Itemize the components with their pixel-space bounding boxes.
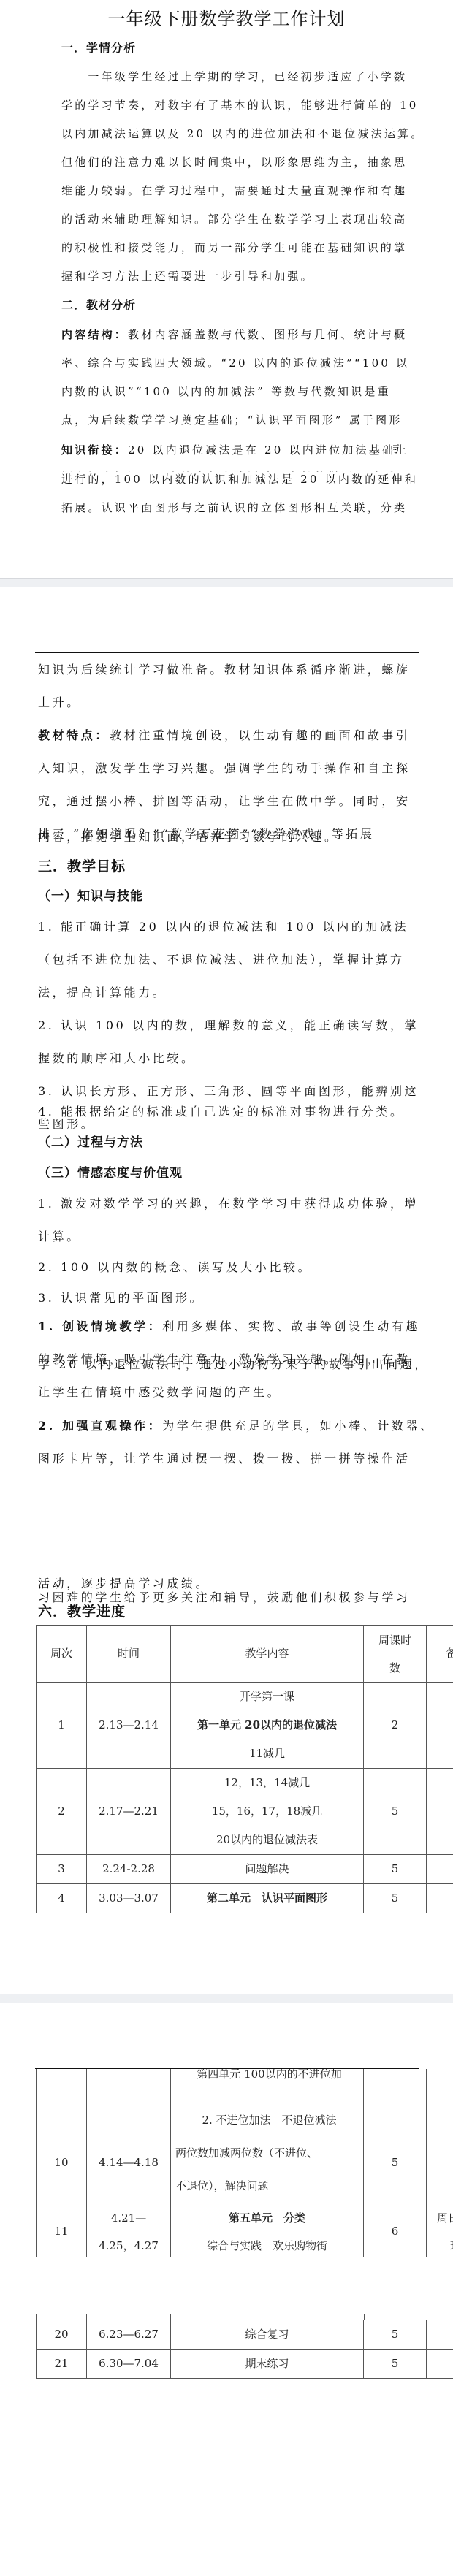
- content-line-unit: 第一单元 20以内的退位减法: [171, 1711, 363, 1739]
- table-continuation-clip: 10 4.14—4.18 第四单元 100以内的不进位加 2. 不进位加法 不退…: [36, 2069, 453, 2257]
- content-line: 两位数加减两位数（不进位、: [175, 2137, 363, 2170]
- label-scenario-teaching: 1. 创设情境教学：: [38, 1319, 162, 1333]
- cell-hours: 5: [364, 2350, 427, 2379]
- cell-week: 10: [37, 2069, 87, 2203]
- header-hours: 周课时 数: [364, 1626, 427, 1683]
- table-row: 10 4.14—4.18 第四单元 100以内的不进位加 2. 不进位加法 不退…: [37, 2069, 453, 2203]
- method-line: 图形卡片等，让学生通过摆一摆、拨一拨、拼一拼等操作活: [38, 1452, 418, 1466]
- content-line: 20以内的退位减法表: [171, 1826, 363, 1854]
- section-heading-teaching-goals: 三．教学目标: [38, 859, 418, 874]
- remark-line2: 班: [437, 2232, 453, 2258]
- goal-line: 3. 认识常见的平面图形。: [38, 1291, 418, 1306]
- section-heading-learning-analysis: 一．学情分析: [61, 41, 393, 56]
- goal-line: 1. 能正确计算 20 以内的退位减法和 100 以内的加减法: [38, 920, 418, 934]
- cell-time: 4.14—4.18: [87, 2069, 171, 2203]
- goal-line: 些图形。: [38, 1117, 418, 1132]
- label-content-structure: 内容结构：: [61, 328, 128, 341]
- method-line: 2. 加强直观操作：为学生提供充足的学具，如小棒、计数器、: [38, 1419, 418, 1433]
- goal-line: 法，提高计算能力。: [38, 986, 418, 1000]
- table-row: 11 4.21— 4.25，4.27 第五单元 分类 综合与实践 欢乐购物街 6…: [37, 2203, 453, 2258]
- cell-hours: 2: [364, 1683, 427, 1769]
- content-line: 综合与实践 欢乐购物街: [171, 2232, 363, 2258]
- table-row: 3 2.24-2.28 问题解决 5: [37, 1855, 453, 1884]
- page-separator: [0, 578, 453, 587]
- method-line: 让学生在情境中感受数学问题的产生。: [38, 1385, 418, 1400]
- paragraph-line: 维能力较弱。在学习过程中，需要通过大量直观操作和有趣: [61, 183, 393, 198]
- cell-remark: [427, 2069, 453, 2203]
- paragraph-line: 一年级学生经过上学期的学习，已经初步适应了小学数: [61, 69, 393, 84]
- cell-content: 第二单元 认识平面图形: [171, 1884, 364, 1913]
- label-hands-on: 2. 加强直观操作：: [38, 1419, 162, 1433]
- cell-remark: [427, 1855, 453, 1884]
- paragraph-line: 入知识，激发学生学习兴趣。强调学生的动手操作和自主探: [38, 761, 418, 776]
- cell-hours: 5: [364, 2069, 427, 2203]
- cell-content: 第五单元 分类 综合与实践 欢乐购物街: [171, 2203, 364, 2258]
- goal-line: 2. 100 以内数的概念、读写及大小比较。: [38, 1260, 418, 1275]
- subheading-process-methods: （二）过程与方法: [38, 1135, 418, 1150]
- goal-line: 1. 激发对数学学习的兴趣，在数学学习中获得成功体验，增: [38, 1197, 418, 1211]
- table-row: 1 2.13—2.14 开学第一课 第一单元 20以内的退位减法 11减几 2: [37, 1683, 453, 1769]
- content-line: 开学第一课: [171, 1683, 363, 1711]
- cell-week: 4: [37, 1884, 87, 1913]
- header-week: 周次: [37, 1626, 87, 1683]
- label-knowledge-link: 知识衔接：: [61, 443, 128, 457]
- method-line: 1. 创设情境教学：利用多媒体、实物、故事等创设生动有趣: [38, 1319, 418, 1334]
- text: 20 以内退位减法是在 20 以内进位加法基础上: [128, 443, 408, 457]
- schedule-table-continued: 10 4.14—4.18 第四单元 100以内的不进位加 2. 不进位加法 不退…: [36, 2069, 453, 2257]
- content-line: 15，16，17，18减几: [171, 1797, 363, 1826]
- remark-line1: 周日: [437, 2204, 453, 2232]
- goal-line: 2. 认识 100 以内的数，理解数的意义，能正确读写数，掌: [38, 1018, 418, 1033]
- content-line-unit: 第五单元 分类: [171, 2204, 363, 2232]
- goal-line: 握数的顺序和大小比较。: [38, 1051, 418, 1066]
- paragraph-line: 究，通过摆小棒、拼图等活动，让学生在做中学。同时，安: [38, 794, 418, 809]
- goal-line: 3. 认识长方形、正方形、三角形、圆等平面图形，能辨别这: [38, 1084, 418, 1099]
- paragraph-line: 进行的，100 以内数的认识和加减法是 20 以内数的延伸和: [61, 472, 393, 487]
- paragraph-line: 点，为后续数学学习奠定基础；“认识平面图形” 属于图形: [61, 413, 393, 427]
- cell-content: 开学第一课 第一单元 20以内的退位减法 11减几: [171, 1683, 364, 1769]
- cell-content: 综合复习: [171, 2320, 364, 2350]
- goal-line: 计算。: [38, 1230, 418, 1244]
- paragraph-line: 知识为后续统计学习做准备。教材知识体系循序渐进，螺旋: [38, 663, 418, 677]
- goal-line: （包括不进位加法、不退位减法、进位加法），掌握计算方: [38, 953, 418, 967]
- table-row: 2 2.17—2.21 12，13，14减几 15，16，17，18减几 20以…: [37, 1769, 453, 1855]
- header-time: 时间: [87, 1626, 171, 1683]
- header-remark-text: 备: [446, 1647, 453, 1660]
- cell-week: 1: [37, 1683, 87, 1769]
- paragraph-line: 内容结构：教材内容涵盖数与代数、图形与几何、统计与概: [61, 327, 393, 342]
- cell-week: 2: [37, 1769, 87, 1855]
- time-line1: 4.21—: [87, 2204, 170, 2232]
- paragraph-line: 学的学习节奏，对数字有了基本的认识，能够进行简单的 10: [61, 98, 393, 113]
- cell-remark: 周日 班: [427, 2203, 453, 2258]
- cell-time: 2.24-2.28: [87, 1855, 171, 1884]
- paragraph-line: 但他们的注意力难以长时间集中，以形象思维为主，抽象思: [61, 155, 393, 169]
- content-line: 11减几: [171, 1739, 363, 1768]
- cell-time: 2.13—2.14: [87, 1683, 171, 1769]
- time-line2: 4.25，4.27: [87, 2232, 170, 2258]
- text: 利用多媒体、实物、故事等创设生动有趣: [162, 1319, 420, 1333]
- section-heading-textbook-analysis: 二．教材分析: [61, 298, 393, 313]
- page-separator: [0, 1994, 453, 2003]
- cell-time: 6.30—7.04: [87, 2350, 171, 2379]
- content-line: 2. 不进位加法 不退位减法: [175, 2104, 363, 2137]
- paragraph-line: 握和学习方法上还需要进一步引导和加强。: [61, 269, 393, 283]
- method-line: 学 20 以内退位减法时，通过小动物分果子的故事引出问题，: [38, 1357, 418, 1372]
- cell-remark: [427, 1884, 453, 1913]
- cell-content: 问题解决: [171, 1855, 364, 1884]
- goal-line: 4. 能根据给定的标准或自己选定的标准对事物进行分类。: [38, 1105, 418, 1119]
- header-remark: 备: [427, 1626, 453, 1683]
- subheading-emotion-values: （三）情感态度与价值观: [38, 1166, 418, 1181]
- cell-hours: 6: [364, 2203, 427, 2258]
- cell-remark: [427, 1769, 453, 1855]
- cell-hours: 5: [364, 1855, 427, 1884]
- cell-remark: [427, 2320, 453, 2350]
- cell-hours: 5: [364, 2320, 427, 2350]
- section-heading-teaching-progress: 六．教学进度: [38, 1604, 418, 1619]
- schedule-table: 周次 时间 教学内容 周课时 数 备 1 2.13—2.14 开学第一课 第一单…: [36, 1625, 453, 1913]
- paragraph-line: 教材特点：教材注重情境创设，以生动有趣的画面和故事引: [38, 728, 418, 743]
- content-line-clipped: 第四单元 100以内的不进位加: [175, 2069, 363, 2091]
- header-content: 教学内容: [171, 1626, 364, 1683]
- document-title: 一年级下册数学教学工作计划: [0, 4, 453, 30]
- paragraph-line: 率、综合与实践四大领域。“20 以内的退位减法”“100 以: [61, 356, 393, 370]
- table-header-row: 周次 时间 教学内容 周课时 数 备: [37, 1626, 453, 1683]
- paragraph-line: 内容，拓宽学生知识面，培养学习数学的兴趣。: [38, 830, 418, 845]
- text: 教材注重情境创设，以生动有趣的画面和故事引: [110, 728, 411, 742]
- cell-content: 期末练习: [171, 2350, 364, 2379]
- schedule-table-end: 20 6.23—6.27 综合复习 5 21 6.30—7.04 期末练习 5: [36, 2320, 453, 2379]
- content-line: 12，13，14减几: [171, 1769, 363, 1797]
- cell-week: 20: [37, 2320, 87, 2350]
- cell-hours: 5: [364, 1769, 427, 1855]
- subheading-knowledge-skills: （一）知识与技能: [38, 889, 418, 904]
- paragraph-line: 活动，逐步提高学习成绩。: [38, 1577, 418, 1591]
- table-row: 20 6.23—6.27 综合复习 5: [37, 2320, 453, 2350]
- cell-remark: [427, 2350, 453, 2379]
- paragraph-line: 的积极性和接受能力，而另一部分学生可能在基础知识的掌: [61, 240, 393, 255]
- paragraph-line: 上升。: [38, 696, 418, 710]
- cell-week: 3: [37, 1855, 87, 1884]
- paragraph-line: 习困难的学生给予更多关注和辅导，鼓励他们积极参与学习: [38, 1590, 418, 1605]
- cell-content: 12，13，14减几 15，16，17，18减几 20以内的退位减法表: [171, 1769, 364, 1855]
- cell-time: 6.23—6.27: [87, 2320, 171, 2350]
- cell-time: 2.17—2.21: [87, 1769, 171, 1855]
- content-line: 不退位），解决问题: [175, 2170, 363, 2203]
- cell-week: 21: [37, 2350, 87, 2379]
- text: 为学生提供充足的学具，如小棒、计数器、: [162, 1419, 434, 1433]
- cell-week: 11: [37, 2203, 87, 2258]
- text: 教材内容涵盖数与代数、图形与几何、统计与概: [128, 328, 407, 341]
- cell-hours: 5: [364, 1884, 427, 1913]
- header-hours-line1: 周课时: [364, 1626, 426, 1654]
- paragraph-line: 以内加减法运算以及 20 以内的进位加法和不退位减法运算。: [61, 126, 393, 141]
- paragraph-line: 知识衔接：20 以内退位减法是在 20 以内进位加法基础上: [61, 443, 393, 457]
- paragraph-line: 拓展。认识平面图形与之前认识的立体图形相互关联，分类: [61, 500, 393, 515]
- cell-content: 第四单元 100以内的不进位加 2. 不进位加法 不退位减法 两位数加减两位数（…: [171, 2069, 364, 2203]
- cell-remark: [427, 1683, 453, 1769]
- label-textbook-features: 教材特点：: [38, 728, 110, 742]
- table-row: 4 3.03—3.07 第二单元 认识平面图形 5: [37, 1884, 453, 1913]
- cell-time: 4.21— 4.25，4.27: [87, 2203, 171, 2258]
- table-row: 21 6.30—7.04 期末练习 5: [37, 2350, 453, 2379]
- cell-time: 3.03—3.07: [87, 1884, 171, 1913]
- header-rule: [35, 652, 419, 653]
- header-hours-line2: 数: [364, 1654, 426, 1682]
- paragraph-line: 的活动来辅助理解知识。部分学生在数学学习上表现出较高: [61, 212, 393, 226]
- paragraph-line: 内数的认识”“100 以内的加减法” 等数与代数知识是重: [61, 384, 393, 399]
